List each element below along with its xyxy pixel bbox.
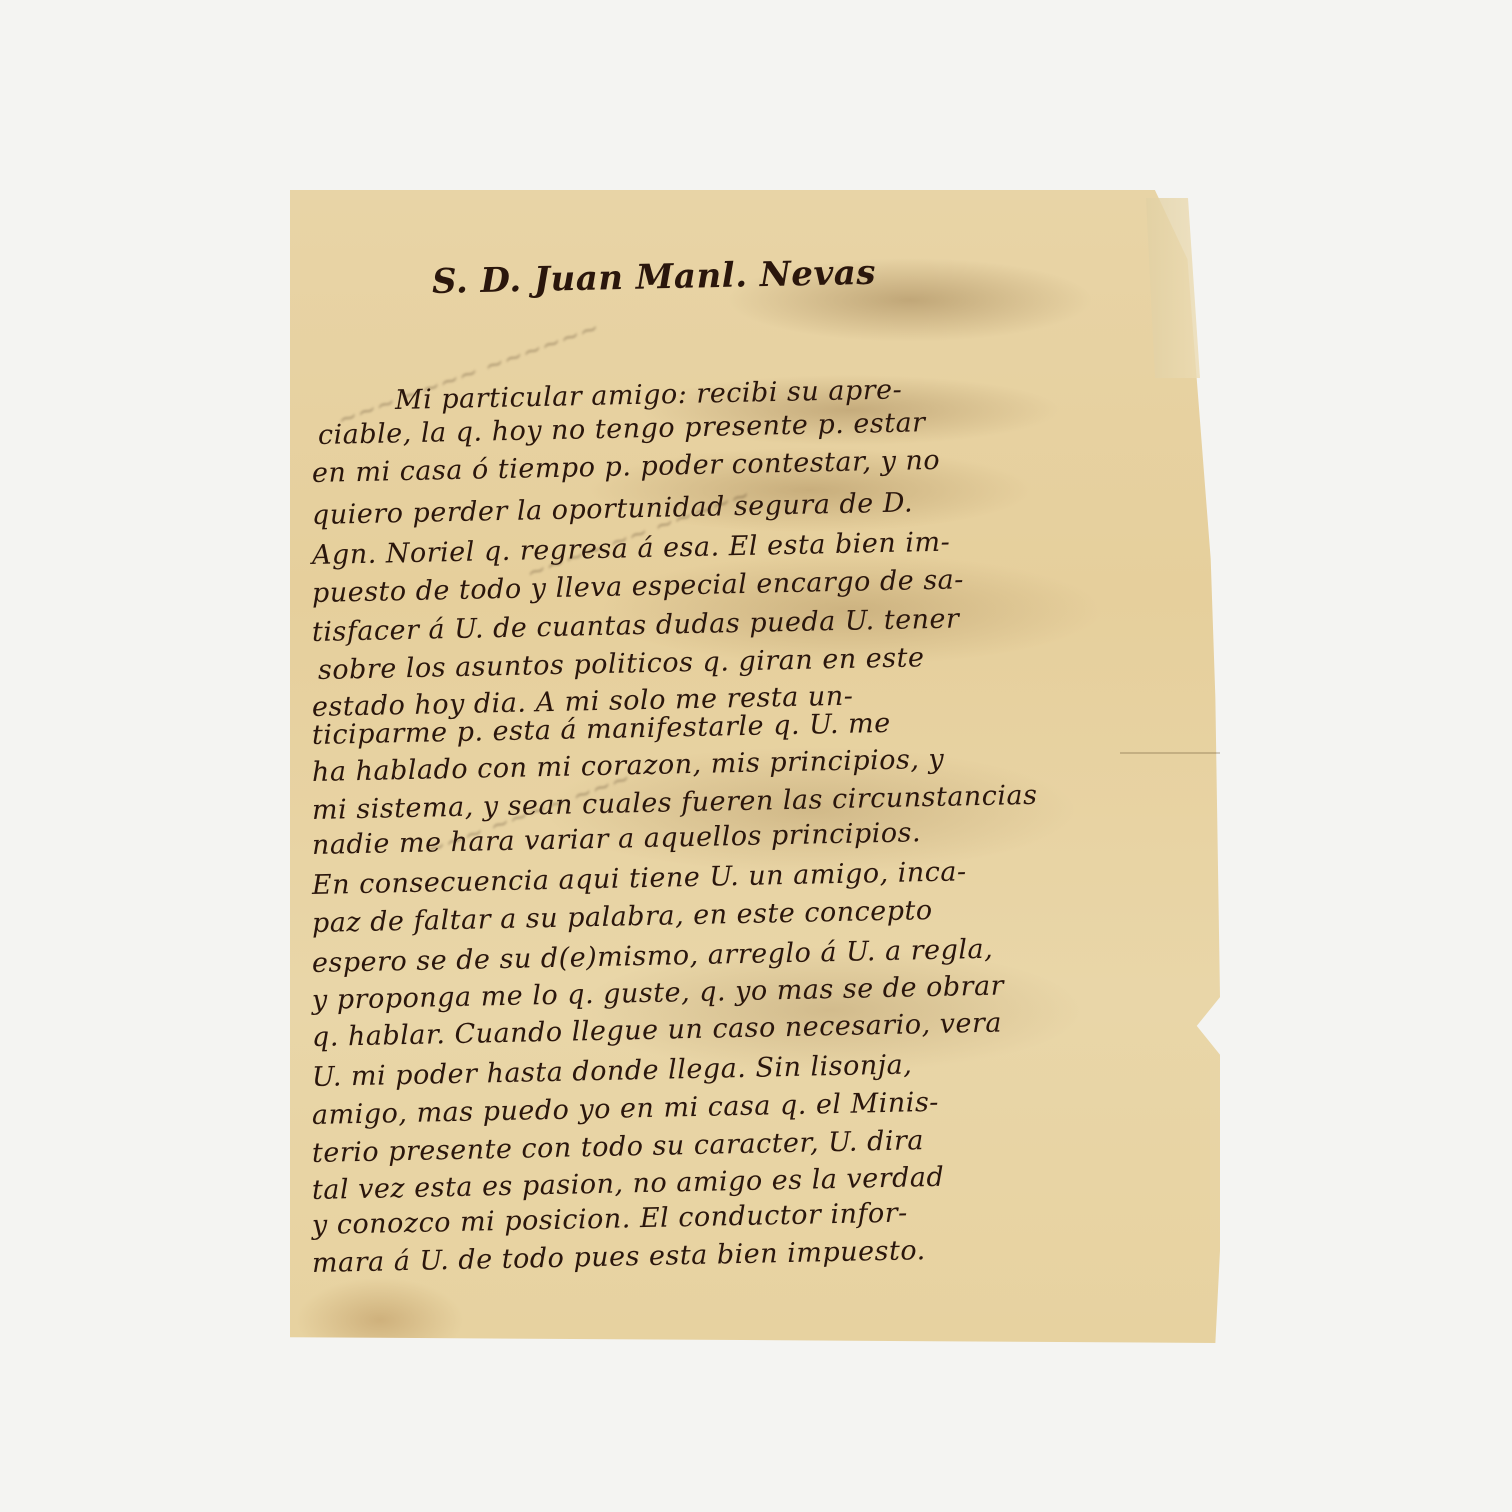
paper-tear-mark [1120,752,1220,754]
